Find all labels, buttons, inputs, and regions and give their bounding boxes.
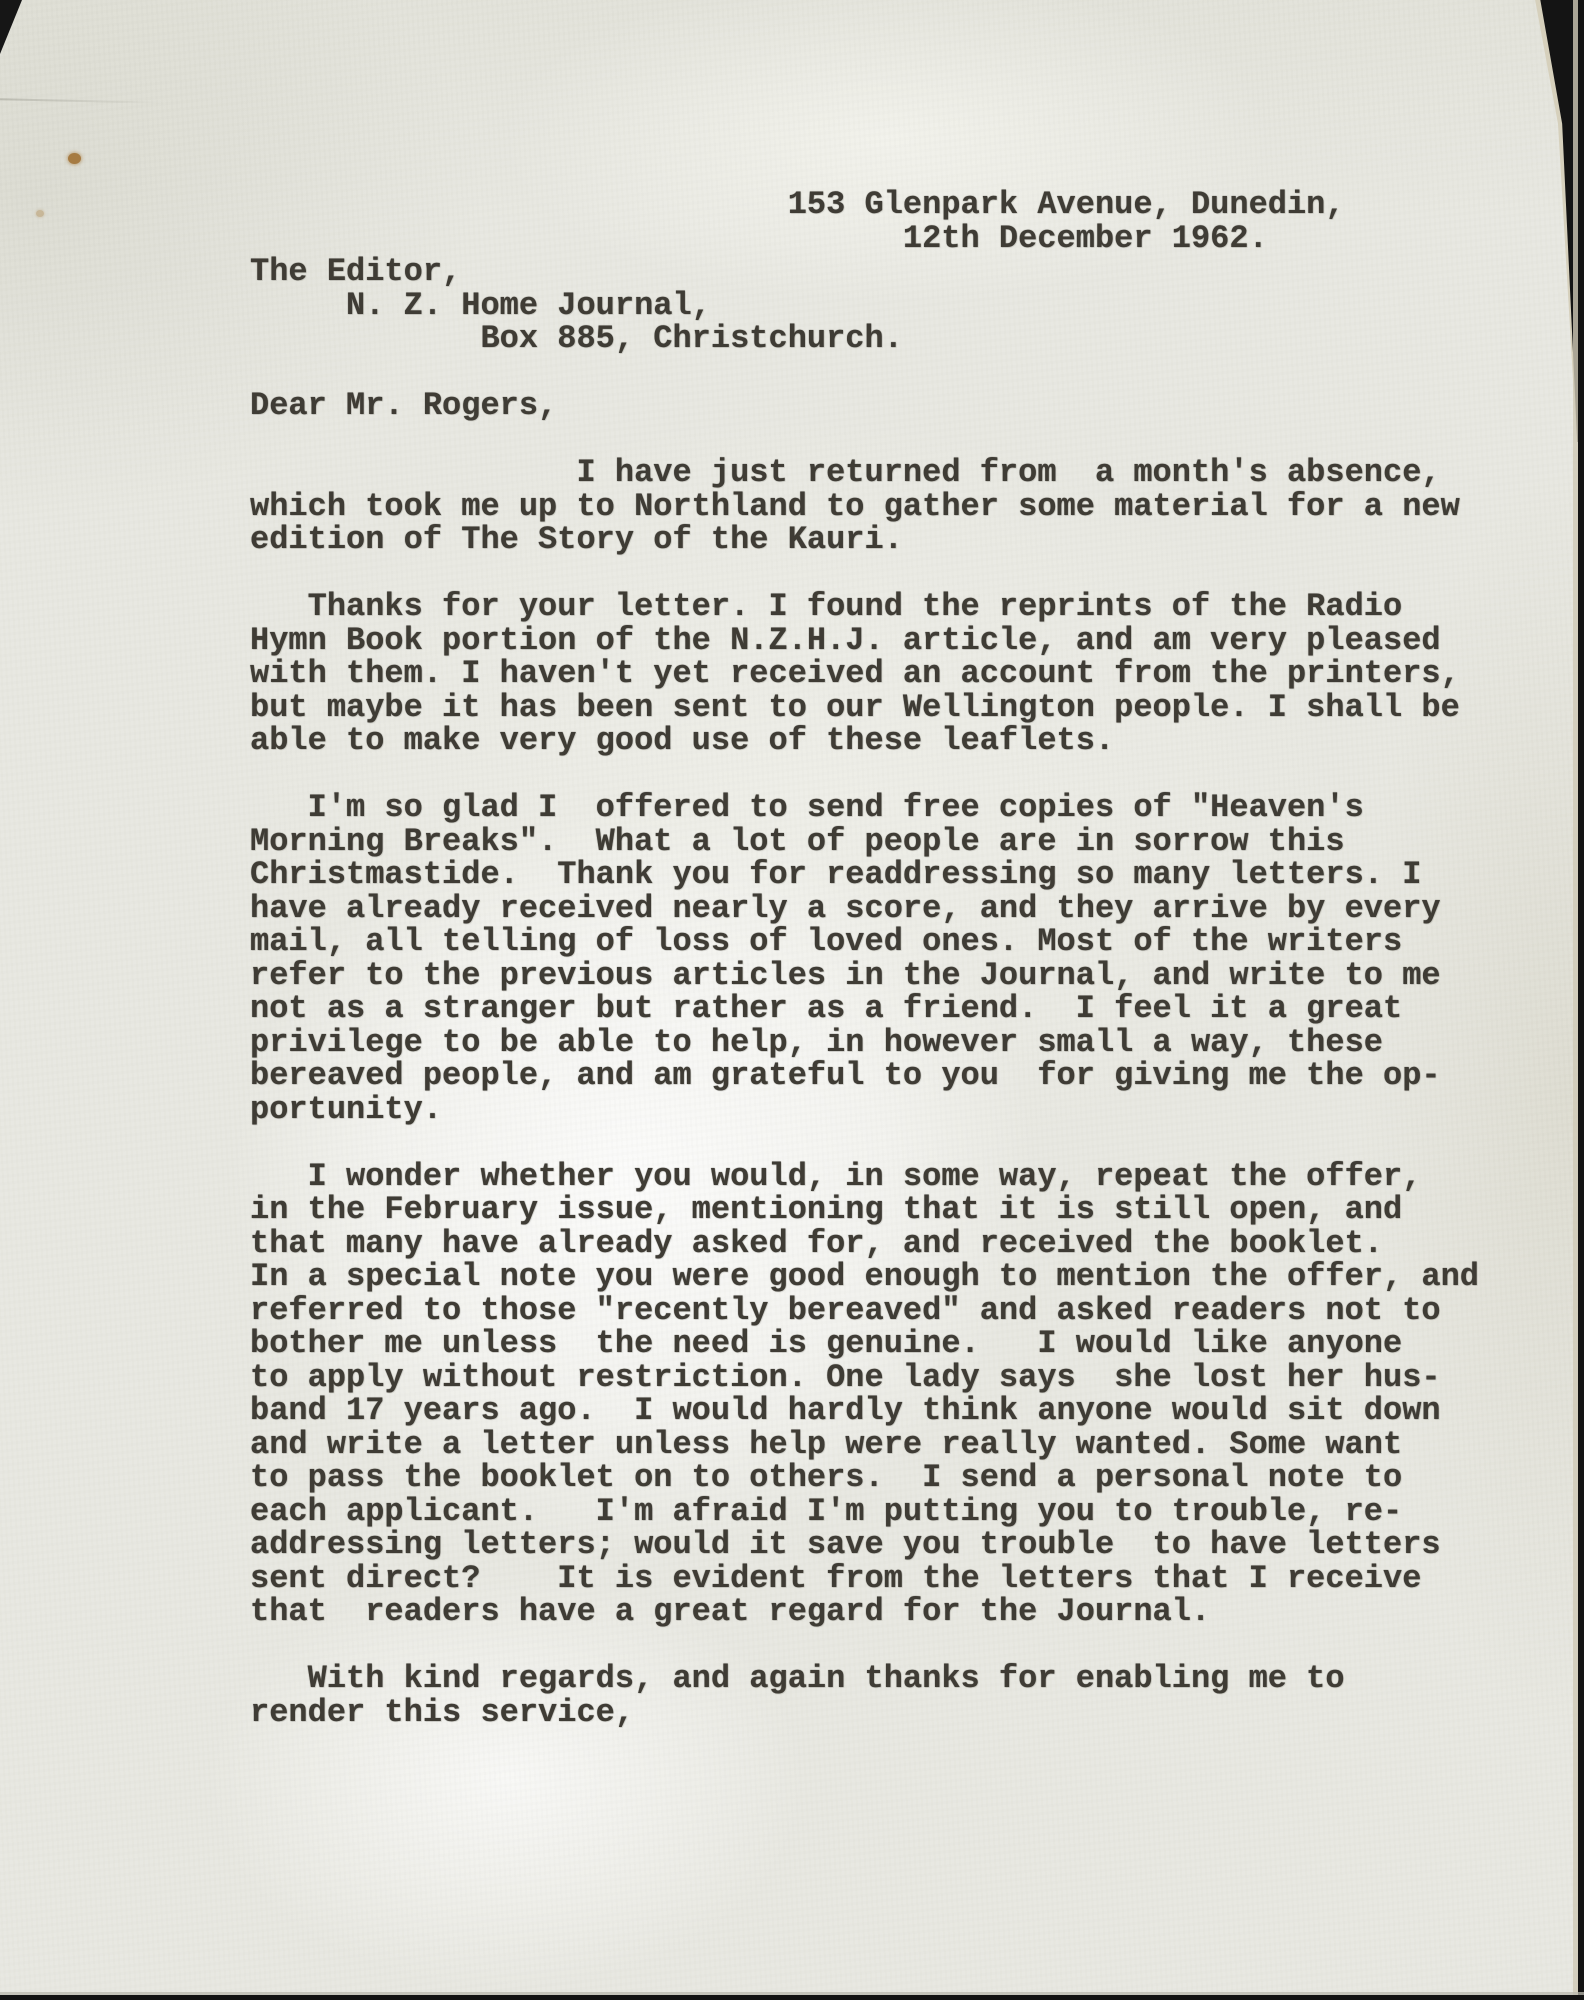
letter-line: addressing letters; would it save you tr…	[250, 1528, 1479, 1562]
letter-line: In a special note you were good enough t…	[250, 1260, 1479, 1294]
letter-line: Dear Mr. Rogers,	[250, 389, 1479, 423]
letter-line: privilege to be able to help, in however…	[250, 1026, 1479, 1060]
letter-line: with them. I haven't yet received an acc…	[250, 657, 1479, 691]
paragraph-4: I wonder whether you would, in some way,…	[250, 1160, 1479, 1629]
letter-line: Box 885, Christchurch.	[250, 322, 1479, 356]
letter-line: in the February issue, mentioning that i…	[250, 1193, 1479, 1227]
paper-scratch-mark	[0, 98, 165, 103]
letter-line: I have just returned from a month's abse…	[250, 456, 1479, 490]
paragraph-2: Thanks for your letter. I found the repr…	[250, 590, 1479, 758]
letter-line: bereaved people, and am grateful to you …	[250, 1059, 1479, 1093]
recipient-block: The Editor, N. Z. Home Journal, Box 885,…	[250, 255, 1479, 356]
closing-paragraph: With kind regards, and again thanks for …	[250, 1662, 1479, 1729]
letter-line: I'm so glad I offered to send free copie…	[250, 791, 1479, 825]
letter-line: but maybe it has been sent to our Wellin…	[250, 691, 1479, 725]
letter-line: The Editor,	[250, 255, 1479, 289]
scan-background-corner-top-left	[0, 0, 22, 54]
paragraph-3: I'm so glad I offered to send free copie…	[250, 791, 1479, 1126]
letter-line: each applicant. I'm afraid I'm putting y…	[250, 1495, 1479, 1529]
letter-line: 153 Glenpark Avenue, Dunedin,	[250, 188, 1479, 222]
letter-line: able to make very good use of these leaf…	[250, 724, 1479, 758]
scan-background-edge-right	[1578, 0, 1584, 2000]
letter-line: Thanks for your letter. I found the repr…	[250, 590, 1479, 624]
letter-line: referred to those "recently bereaved" an…	[250, 1294, 1479, 1328]
letter-line: mail, all telling of loss of loved ones.…	[250, 925, 1479, 959]
letter-line: that readers have a great regard for the…	[250, 1595, 1479, 1629]
letter-line: bother me unless the need is genuine. I …	[250, 1327, 1479, 1361]
letter-line: Hymn Book portion of the N.Z.H.J. articl…	[250, 624, 1479, 658]
letter-line: Christmastide. Thank you for readdressin…	[250, 858, 1479, 892]
letter-line: refer to the previous articles in the Jo…	[250, 959, 1479, 993]
letter-line: 12th December 1962.	[250, 222, 1479, 256]
letter-line: I wonder whether you would, in some way,…	[250, 1160, 1479, 1194]
letter-line: to apply without restriction. One lady s…	[250, 1361, 1479, 1395]
sender-address-block: 153 Glenpark Avenue, Dunedin, 12th Decem…	[250, 188, 1479, 255]
letter-text: 153 Glenpark Avenue, Dunedin, 12th Decem…	[250, 188, 1479, 1729]
letter-line: edition of The Story of the Kauri.	[250, 523, 1479, 557]
salutation: Dear Mr. Rogers,	[250, 389, 1479, 423]
scanned-letter-page: 153 Glenpark Avenue, Dunedin, 12th Decem…	[0, 0, 1584, 2000]
letter-line: to pass the booklet on to others. I send…	[250, 1461, 1479, 1495]
paper-stain-spot-small	[36, 210, 44, 217]
letter-line: band 17 years ago. I would hardly think …	[250, 1394, 1479, 1428]
letter-line: portunity.	[250, 1093, 1479, 1127]
paper-stain-spot	[68, 153, 81, 164]
letter-line: that many have already asked for, and re…	[250, 1227, 1479, 1261]
letter-line: render this service,	[250, 1696, 1479, 1730]
letter-line: N. Z. Home Journal,	[250, 289, 1479, 323]
letter-line: have already received nearly a score, an…	[250, 892, 1479, 926]
letter-line: and write a letter unless help were real…	[250, 1428, 1479, 1462]
letter-line: With kind regards, and again thanks for …	[250, 1662, 1479, 1696]
scan-background-edge-bottom	[0, 1995, 1584, 2000]
letter-line: not as a stranger but rather as a friend…	[250, 992, 1479, 1026]
letter-line: sent direct? It is evident from the lett…	[250, 1562, 1479, 1596]
letter-line: which took me up to Northland to gather …	[250, 490, 1479, 524]
letter-line: Morning Breaks". What a lot of people ar…	[250, 825, 1479, 859]
paragraph-1: I have just returned from a month's abse…	[250, 456, 1479, 557]
